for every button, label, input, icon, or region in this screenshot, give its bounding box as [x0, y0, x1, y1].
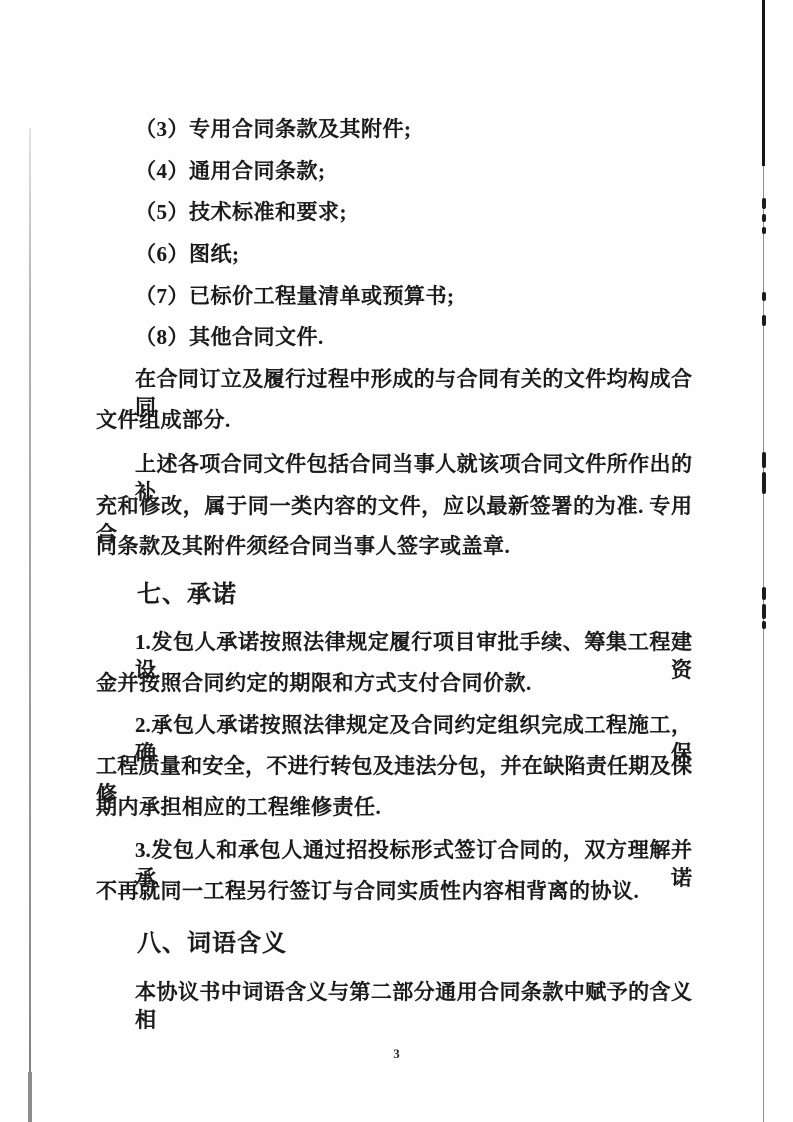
- paragraph-line: 本协议书中词语含义与第二部分通用合同条款中赋予的含义相: [135, 978, 692, 1034]
- scan-edge-mark: [762, 227, 766, 234]
- paragraph-line: 金并按照合同约定的期限和方式支付合同价款.: [96, 669, 532, 697]
- scan-edge-mark: [762, 198, 766, 209]
- section-heading: 七、承诺: [137, 580, 237, 608]
- section-heading: 八、词语含义: [137, 929, 287, 957]
- list-item-line: （3）专用合同条款及其附件;: [135, 115, 412, 143]
- paragraph-line: 文件组成部分.: [96, 406, 231, 434]
- page-left-edge-foot: [28, 1072, 32, 1122]
- scan-edge-mark: [762, 315, 766, 326]
- list-item-line: （4）通用合同条款;: [135, 157, 326, 185]
- page-left-edge-line: [29, 128, 31, 1122]
- scan-edge-mark: [762, 472, 766, 494]
- scanned-document-page: （3）专用合同条款及其附件;（4）通用合同条款;（5）技术标准和要求;（6）图纸…: [0, 0, 793, 1122]
- list-item-line: （5）技术标准和要求;: [135, 198, 347, 226]
- binding-shadow-dark-segment: [762, 0, 765, 166]
- scan-edge-mark: [762, 604, 766, 619]
- paragraph-line: 不再就同一工程另行签订与合同实质性内容相背离的协议.: [96, 877, 639, 905]
- list-item-line: （8）其他合同文件.: [135, 323, 324, 351]
- paragraph-line: 同条款及其附件须经合同当事人签字或盖章.: [96, 532, 510, 560]
- paragraph-line: 期内承担相应的工程维修责任.: [96, 793, 381, 821]
- page-number: 3: [0, 1046, 793, 1062]
- scan-edge-mark: [762, 587, 766, 600]
- scan-edge-mark: [762, 292, 766, 301]
- list-item-line: （7）已标价工程量清单或预算书;: [135, 282, 455, 310]
- scan-edge-mark: [762, 214, 766, 222]
- list-item-line: （6）图纸;: [135, 240, 240, 268]
- binding-shadow-line: [763, 0, 764, 1122]
- scan-edge-mark: [762, 452, 766, 468]
- scan-edge-mark: [762, 621, 766, 629]
